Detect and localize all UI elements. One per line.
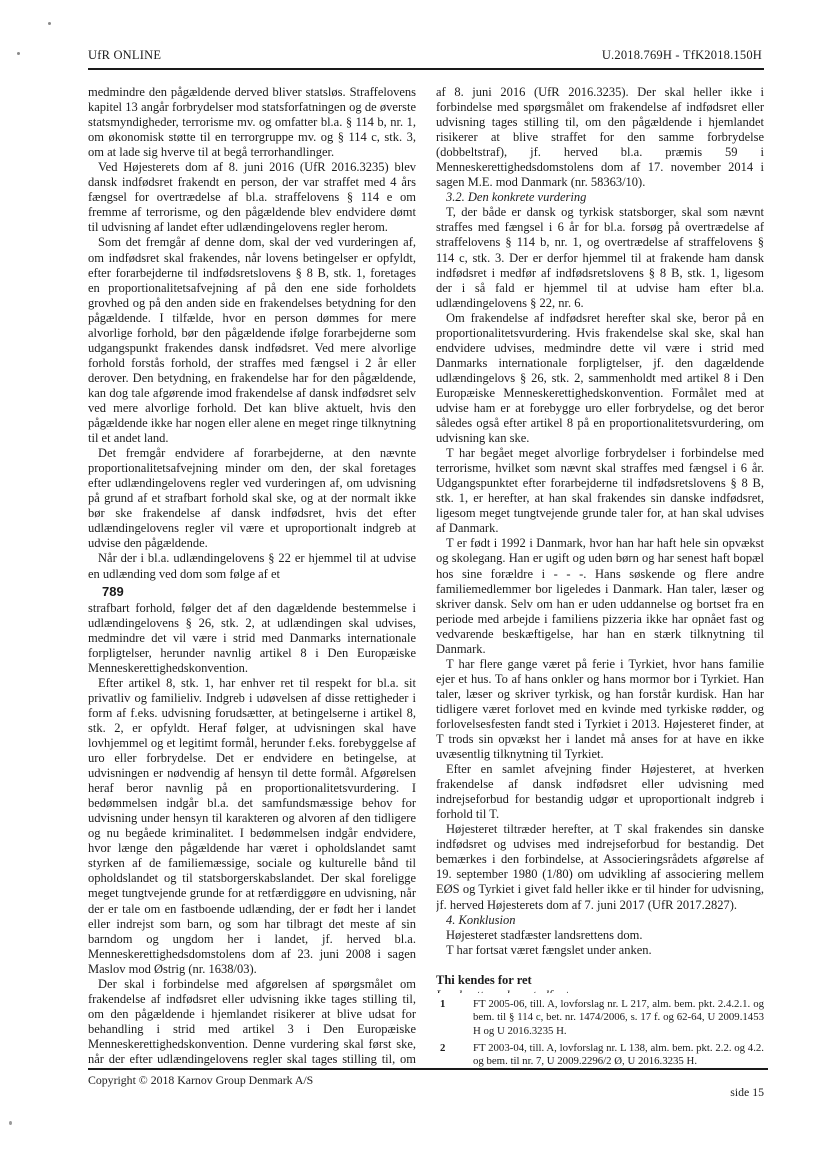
header-citation: U.2018.769H - TfK2018.150H	[602, 48, 762, 63]
paragraph: af 8. juni 2016 (UfR 2016.3235). Der ska…	[436, 85, 764, 190]
footnote-number: 2	[440, 1042, 473, 1069]
footnote-text: FT 2003-04, till. A, lovforslag nr. L 13…	[473, 1042, 764, 1069]
scan-speck	[9, 1121, 12, 1125]
paragraph: Der skal i forbindelse med afgørelsen af…	[88, 977, 416, 1070]
paragraph: Efter en samlet afvejning finder Højeste…	[436, 762, 764, 822]
footer-copyright: Copyright © 2018 Karnov Group Denmark A/…	[88, 1073, 313, 1088]
paragraph: strafbart forhold, følger det af den dag…	[88, 601, 416, 676]
paragraph: Om frakendelse af indfødsret herefter sk…	[436, 311, 764, 446]
paragraph: T, der både er dansk og tyrkisk statsbor…	[436, 205, 764, 310]
footnote: 1 FT 2005-06, till. A, lovforslag nr. L …	[440, 998, 764, 1038]
verdict-text: Landsrettens dom stadfæstes.	[436, 988, 764, 993]
right-column: af 8. juni 2016 (UfR 2016.3235). Der ska…	[436, 85, 764, 993]
verdict-heading: Thi kendes for ret	[436, 973, 764, 988]
paragraph: Ved Højesterets dom af 8. juni 2016 (UfR…	[88, 160, 416, 235]
paragraph: Det fremgår endvidere af forarbejderne, …	[88, 446, 416, 551]
footnotes: 1 FT 2005-06, till. A, lovforslag nr. L …	[440, 998, 764, 1072]
footnote: 2 FT 2003-04, till. A, lovforslag nr. L …	[440, 1042, 764, 1069]
text-columns: medmindre den pågældende derved bliver s…	[88, 85, 764, 1070]
paragraph: medmindre den pågældende derved bliver s…	[88, 85, 416, 160]
section-heading: 4. Konklusion	[436, 913, 764, 928]
page-header: UfR ONLINE U.2018.769H - TfK2018.150H	[88, 48, 762, 63]
page-number-marker: 789	[88, 582, 416, 601]
footer-page-number: side 15	[730, 1085, 764, 1100]
paragraph: Efter artikel 8, stk. 1, har enhver ret …	[88, 676, 416, 977]
paragraph: T har begået meget alvorlige forbrydelse…	[436, 446, 764, 536]
scan-speck	[17, 52, 20, 55]
header-publication-title: UfR ONLINE	[88, 48, 161, 63]
header-rule	[88, 68, 764, 70]
paragraph: Højesteret stadfæster landsrettens dom.	[436, 928, 764, 943]
paragraph: Som det fremgår af denne dom, skal der v…	[88, 235, 416, 446]
left-column: medmindre den pågældende derved bliver s…	[88, 85, 416, 1070]
paragraph: Når der i bl.a. udlændingelovens § 22 er…	[88, 551, 416, 581]
paragraph: Højesteret tiltræder herefter, at T skal…	[436, 822, 764, 912]
section-heading: 3.2. Den konkrete vurdering	[436, 190, 764, 205]
footnote-text: FT 2005-06, till. A, lovforslag nr. L 21…	[473, 998, 764, 1038]
paragraph: T har fortsat været fængslet under anken…	[436, 943, 764, 958]
footer-rule	[88, 1068, 768, 1070]
paragraph: T er født i 1992 i Danmark, hvor han har…	[436, 536, 764, 656]
footnote-number: 1	[440, 998, 473, 1038]
document-page: UfR ONLINE U.2018.769H - TfK2018.150H me…	[0, 0, 828, 1169]
scan-speck	[48, 22, 51, 25]
paragraph: T har flere gange været på ferie i Tyrki…	[436, 657, 764, 762]
